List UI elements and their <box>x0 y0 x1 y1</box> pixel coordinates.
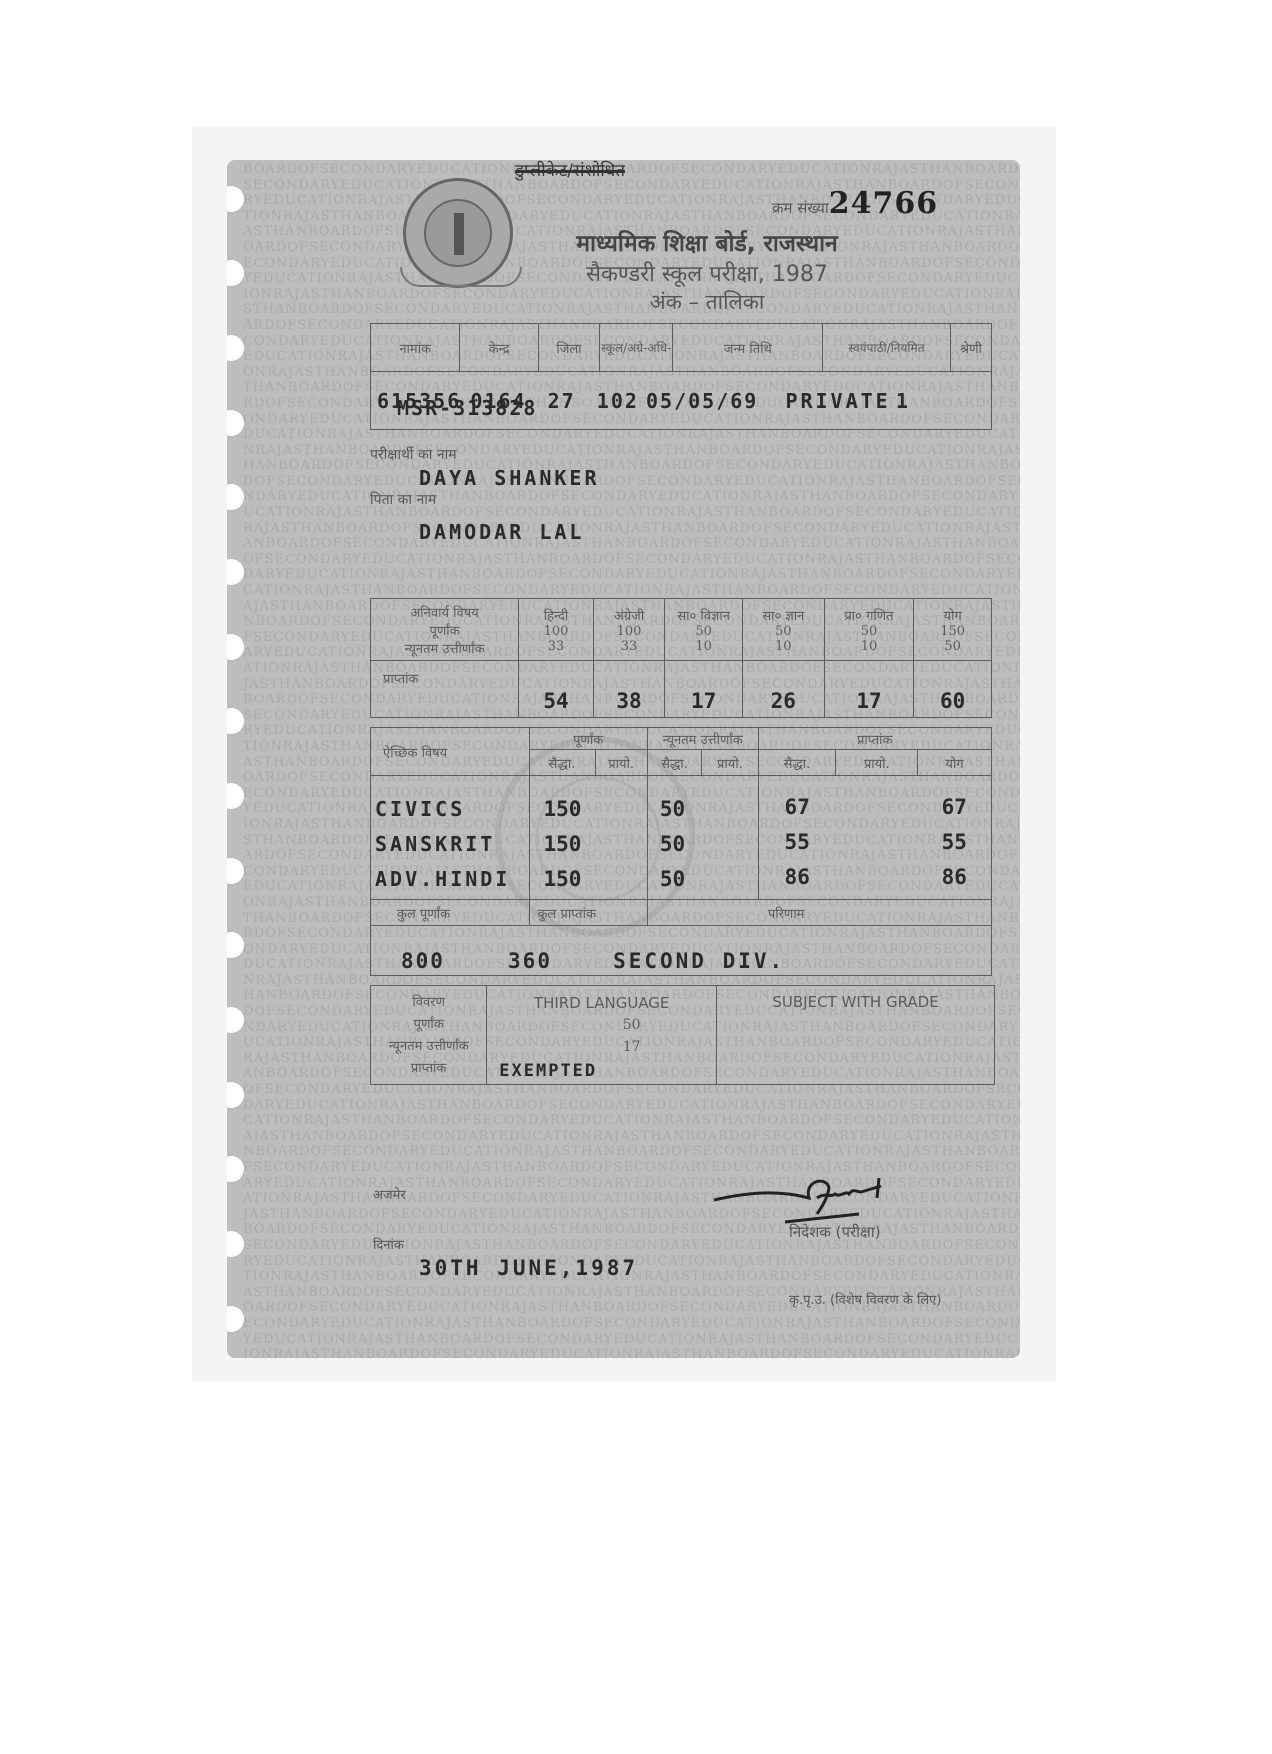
subject-with-grade-header: SUBJECT WITH GRADE <box>772 993 938 1011</box>
total-obtained-value: 360 <box>508 949 552 973</box>
subject-name: योग <box>914 606 991 624</box>
candidate-category: 1 <box>896 389 910 413</box>
optional-subject-name: CIVICS <box>371 792 529 827</box>
serial-number-block: क्रम संख्या24766 <box>772 186 938 221</box>
optional-subject-name: ADV.HINDI <box>371 862 529 897</box>
obt-theory-header: सैद्धा. <box>758 750 836 776</box>
max-marks: 50 <box>743 624 824 639</box>
school-code: 102 <box>597 389 639 413</box>
min-marks: 10 <box>825 639 914 654</box>
optional-obt-total-col: 67 55 86 <box>918 776 992 900</box>
serial-label: क्रम संख्या <box>772 199 829 217</box>
total-max-value: 800 <box>401 949 445 973</box>
min-practical-header: प्रायो. <box>702 750 758 776</box>
obtained-english: 38 <box>593 661 665 718</box>
compulsory-labels-cell: अनिवार्य विषय पूर्णांक न्यूनतम उत्तीर्णा… <box>371 599 519 661</box>
date-label: दिनांक <box>373 1235 404 1253</box>
serial-number: 24766 <box>829 186 938 221</box>
min-pass-label: न्यूनतम उत्तीर्णांक <box>371 639 518 657</box>
optional-min-header: न्यूनतम उत्तीर्णांक <box>647 728 758 750</box>
place-label: अजमेर <box>373 1185 406 1203</box>
candidate-status: PRIVATE <box>785 389 890 413</box>
header-category: श्रेणी <box>950 324 991 372</box>
min-marks: 50 <box>660 792 758 827</box>
obtained-theory: 67 <box>759 790 836 825</box>
max-marks: 100 <box>519 624 593 639</box>
director-signature-icon <box>709 1170 899 1230</box>
header-status: स्वयंपाठी/नियमित <box>823 324 951 372</box>
subject-with-grade-cell: SUBJECT WITH GRADE <box>717 986 995 1085</box>
candidate-name-label: परीक्षार्थी का नाम <box>370 445 457 464</box>
compulsory-col-total: योग 150 50 <box>914 599 992 661</box>
obtained-theory: 55 <box>759 825 836 860</box>
date-of-birth: 05/05/69 <box>646 389 758 413</box>
min-marks: 10 <box>665 639 742 654</box>
max-practical-header: प्रायो. <box>595 750 647 776</box>
max-marks: 150 <box>544 792 647 827</box>
max-marks: 100 <box>594 624 665 639</box>
obtained-total: 55 <box>918 825 991 860</box>
max-marks: 150 <box>544 862 647 897</box>
obt-total-header: योग <box>918 750 992 776</box>
sheet-title: अंक – तालिका <box>507 288 907 316</box>
optional-obt-practical-col <box>836 776 918 900</box>
obtained-hindi: 54 <box>519 661 594 718</box>
header-centre: केन्द्र <box>460 324 538 372</box>
obtained-science: 17 <box>665 661 743 718</box>
third-language-labels: विवरण पूर्णांक न्यूनतम उत्तीर्णांक प्राप… <box>371 986 487 1085</box>
issue-date: 30TH JUNE,1987 <box>419 1256 638 1280</box>
totals-values-row: 800 360 SECOND DIV. <box>371 926 992 976</box>
father-name: DAMODAR LAL <box>419 520 584 544</box>
father-name-label: पिता का नाम <box>370 490 436 509</box>
third-language-values: THIRD LANGUAGE 50 17 EXEMPTED <box>487 986 717 1085</box>
obtained-label: प्राप्तांक <box>371 661 519 718</box>
signatory-title: निदेशक (परीक्षा) <box>789 1222 881 1242</box>
compulsory-col-math: प्रा० गणित 50 10 <box>824 599 914 661</box>
header-dob: जन्म तिथि <box>673 324 823 372</box>
optional-obt-theory-col: 67 55 86 <box>758 776 836 900</box>
obt-practical-header: प्रायो. <box>836 750 918 776</box>
struck-handwritten-note: डुप्लीकेट/संशोधित <box>490 160 650 181</box>
total-obtained-label: कुल प्राप्तांक <box>529 900 647 926</box>
obtained-total: 60 <box>914 661 992 718</box>
board-name: माध्यमिक शिक्षा बोर्ड, राजस्थान <box>507 226 907 258</box>
third-language-header: THIRD LANGUAGE <box>487 992 716 1014</box>
optional-subjects-table: ऐच्छिक विषय पूर्णांक न्यूनतम उत्तीर्णांक… <box>370 727 992 976</box>
max-marks: 50 <box>665 624 742 639</box>
reference-number: MSR-313828 <box>397 396 537 420</box>
max-marks-label: पूर्णांक <box>371 621 518 639</box>
compulsory-col-hindi: हिन्दी 100 33 <box>519 599 594 661</box>
compulsory-col-gk: सा० ज्ञान 50 10 <box>742 599 824 661</box>
exam-title: सैकण्डरी स्कूल परीक्षा, 1987 <box>507 258 907 288</box>
detail-label: विवरण <box>371 992 486 1014</box>
optional-subject-name: SANSKRIT <box>371 827 529 862</box>
min-marks: 33 <box>519 639 593 654</box>
subject-name: सा० ज्ञान <box>743 606 824 624</box>
third-language-min: 17 <box>487 1036 716 1058</box>
subject-name: हिन्दी <box>519 606 593 624</box>
candidate-name: DAYA SHANKER <box>419 466 600 490</box>
obtained-theory: 86 <box>759 860 836 895</box>
min-marks: 50 <box>660 827 758 862</box>
optional-max-col: 150 150 150 <box>529 776 647 900</box>
max-label: पूर्णांक <box>371 1014 486 1036</box>
optional-min-col: 50 50 50 <box>647 776 758 900</box>
third-language-obtained: EXEMPTED <box>487 1058 716 1084</box>
compulsory-subjects-table: अनिवार्य विषय पूर्णांक न्यूनतम उत्तीर्णा… <box>370 598 992 718</box>
obtained-label: प्राप्तांक <box>371 1058 486 1080</box>
compulsory-col-english: अंग्रेजी 100 33 <box>593 599 665 661</box>
pto-note: कृ.पृ.उ. (विशेष विवरण के लिए) <box>789 1290 941 1308</box>
optional-subject-label: ऐच्छिक विषय <box>371 728 530 776</box>
marksheet-card: BOARDOFSECONDARYEDUCATIONRAJASTHANBOARDO… <box>227 160 1020 1358</box>
min-label: न्यूनतम उत्तीर्णांक <box>371 1036 486 1058</box>
max-marks: 150 <box>914 624 991 639</box>
total-max-label: कुल पूर्णांक <box>371 900 530 926</box>
obtained-math: 17 <box>824 661 914 718</box>
optional-subjects-col: CIVICS SANSKRIT ADV.HINDI <box>371 776 530 900</box>
result-value: SECOND DIV. <box>613 949 785 973</box>
header-school: स्कूल/अग्रे-अधि- <box>600 324 673 372</box>
obtained-total: 67 <box>918 790 991 825</box>
min-marks: 33 <box>594 639 665 654</box>
header-district: जिला <box>538 324 599 372</box>
board-emblem-icon <box>403 178 513 288</box>
optional-obtained-header: प्राप्तांक <box>758 728 991 750</box>
subject-name: अंग्रेजी <box>594 606 665 624</box>
result-label: परिणाम <box>647 900 991 926</box>
max-marks: 50 <box>825 624 914 639</box>
min-marks: 10 <box>743 639 824 654</box>
subject-name: प्रा० गणित <box>825 606 914 624</box>
min-theory-header: सैद्धा. <box>647 750 701 776</box>
third-language-max: 50 <box>487 1014 716 1036</box>
obtained-total: 86 <box>918 860 991 895</box>
compulsory-col-science: सा० विज्ञान 50 10 <box>665 599 743 661</box>
max-marks: 150 <box>544 827 647 862</box>
max-theory-header: सैद्धा. <box>529 750 595 776</box>
optional-max-header: पूर्णांक <box>529 728 647 750</box>
compulsory-subject-label: अनिवार्य विषय <box>371 603 518 621</box>
min-marks: 50 <box>914 639 991 654</box>
header-roll-no: नामांक <box>371 324 460 372</box>
min-marks: 50 <box>660 862 758 897</box>
district-code: 27 <box>548 389 576 413</box>
obtained-gk: 26 <box>742 661 824 718</box>
subject-name: सा० विज्ञान <box>665 606 742 624</box>
third-language-table: विवरण पूर्णांक न्यूनतम उत्तीर्णांक प्राप… <box>370 985 995 1085</box>
